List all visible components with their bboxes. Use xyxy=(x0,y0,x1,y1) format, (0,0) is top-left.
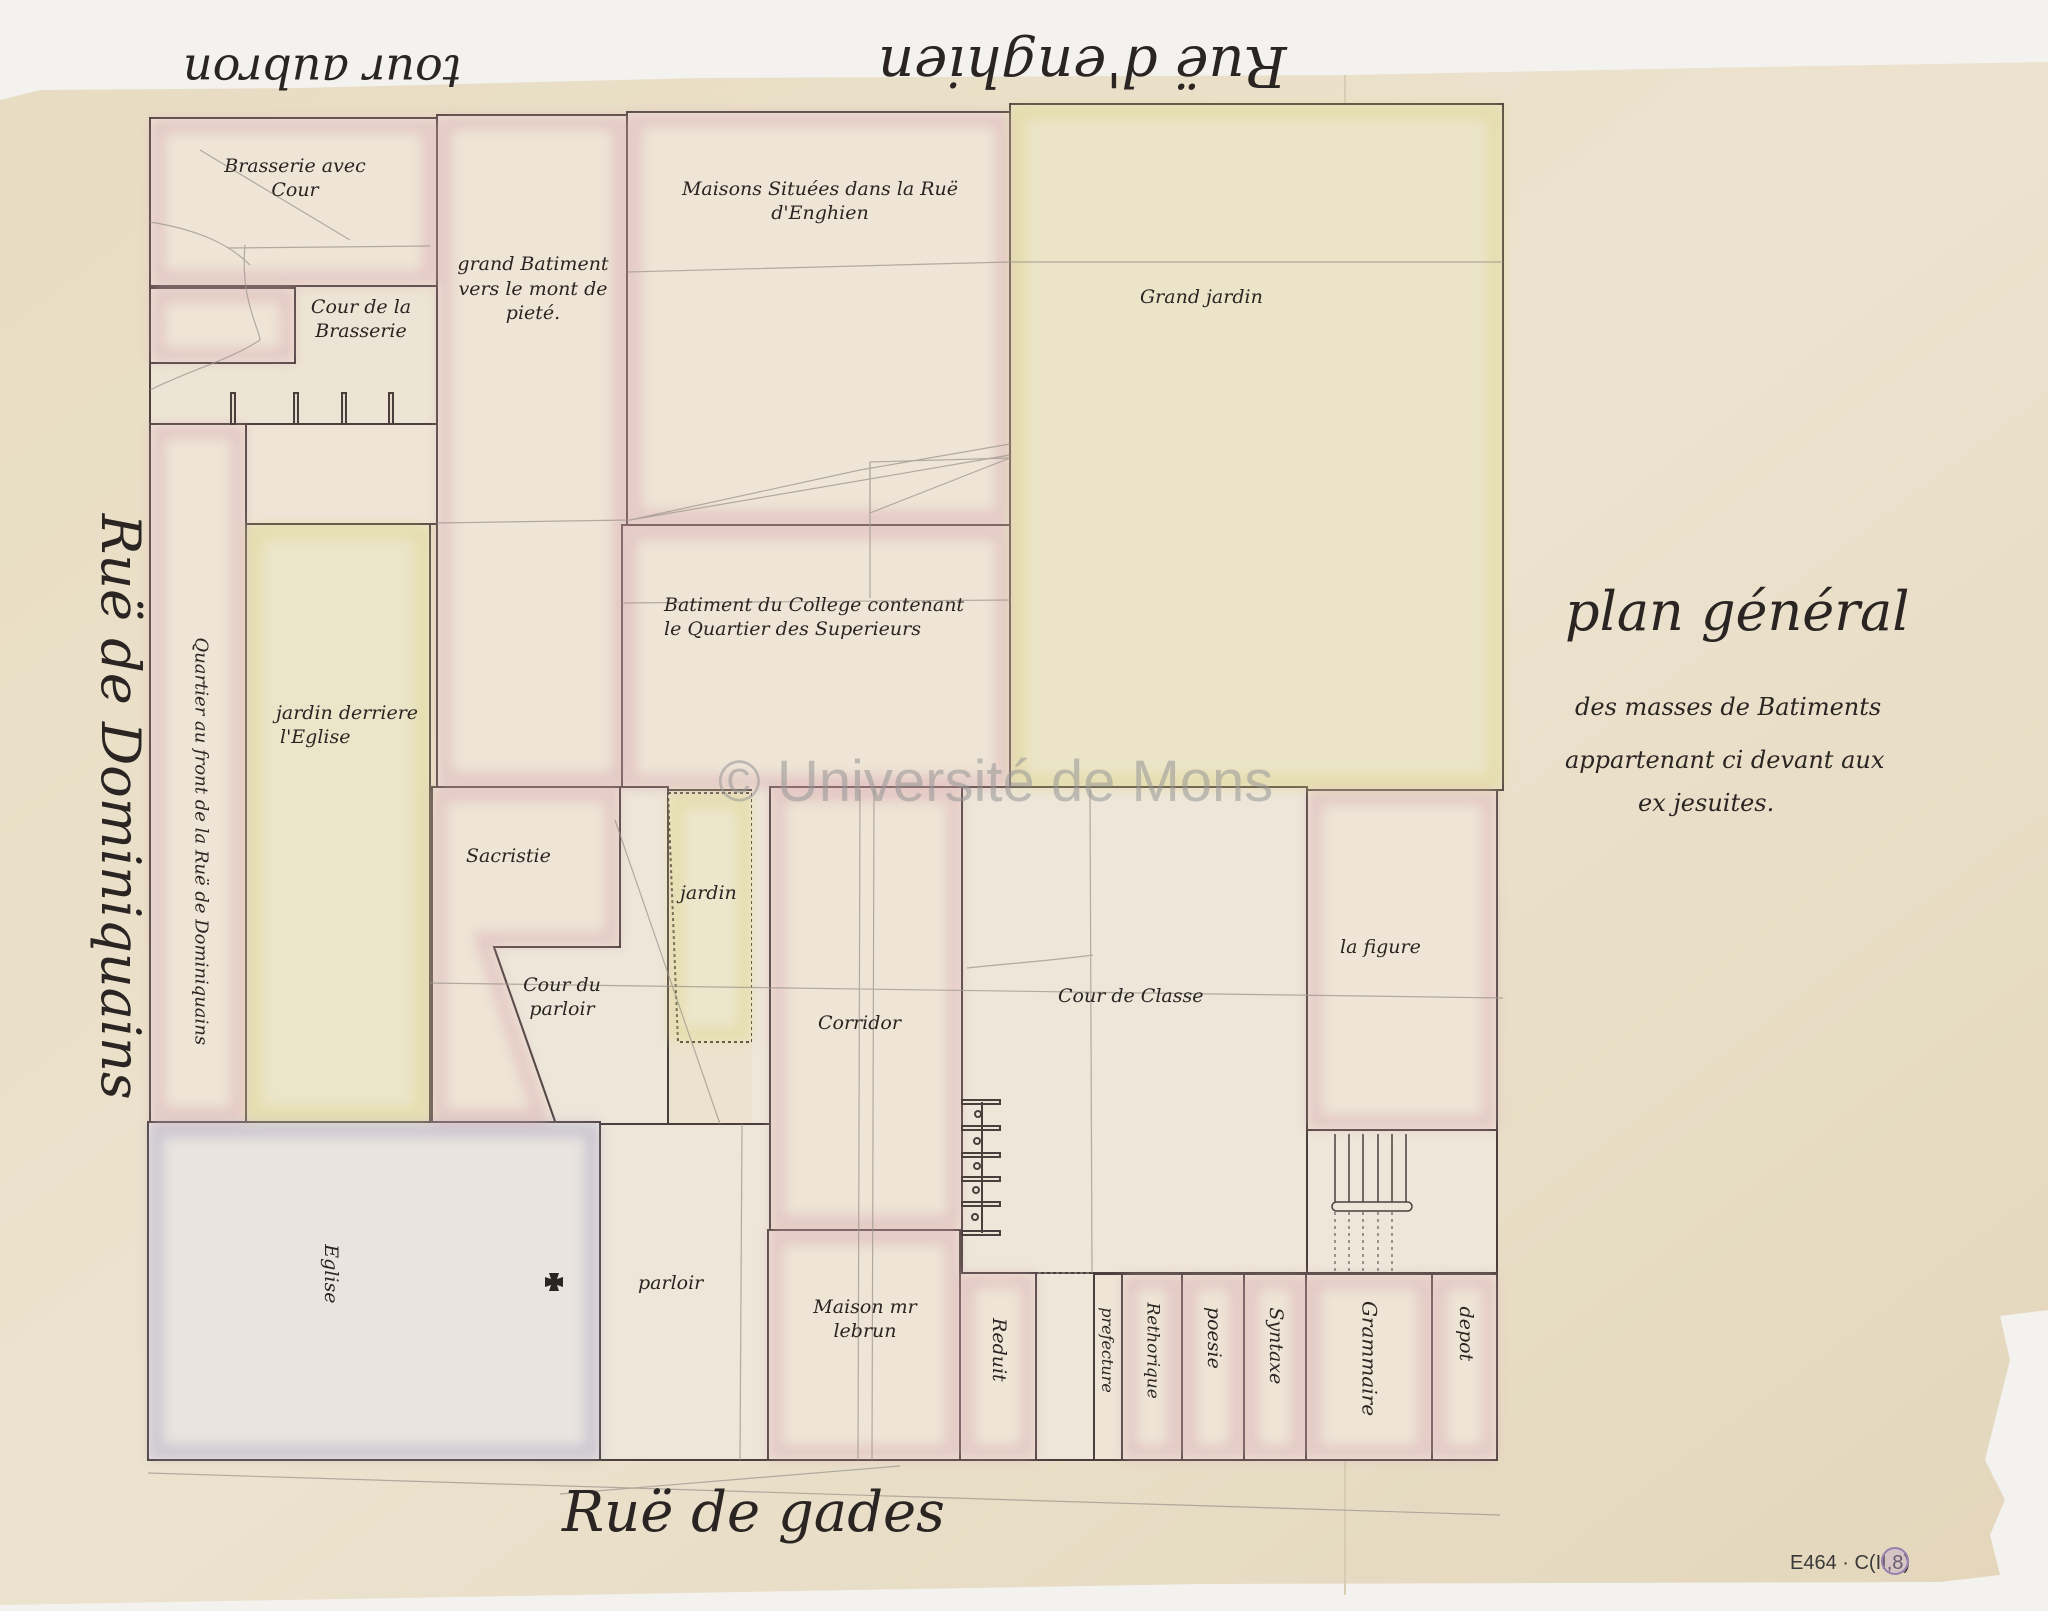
room-maison-lebrun xyxy=(768,1230,960,1460)
room-label-quartier-front: Quartier au front de la Ruë de Dominiqua… xyxy=(189,621,212,1061)
room-label-line: Maison mr xyxy=(780,1296,950,1320)
room-label-cour-parloir: Cour du parloir xyxy=(512,974,612,1022)
room-label-prefecture: prefecture xyxy=(1097,1295,1117,1405)
room-label-rethorique: Rethorique xyxy=(1141,1291,1162,1411)
room-grand-jardin xyxy=(1010,104,1503,790)
room-label-line: Maisons Situées dans la Ruë xyxy=(660,178,980,202)
room-label-parloir: parloir xyxy=(638,1272,703,1296)
room-grand-batiment xyxy=(437,115,627,787)
room-label-jardin: jardin xyxy=(680,882,737,906)
street-label-rue-dominiquains: Ruë de Dominiquains xyxy=(86,514,154,994)
room-label-jardin-eglise: jardin derriere l'Eglise xyxy=(276,702,418,750)
room-label-grammaire: Grammaire xyxy=(1357,1299,1382,1419)
room-label-line: l'Eglise xyxy=(276,726,418,750)
strip-above-jardin xyxy=(246,424,437,524)
room-label-sacristie: Sacristie xyxy=(466,845,551,869)
room-label-eglise: Eglise xyxy=(318,1214,342,1334)
street-label-tour-aubron: tour aubron xyxy=(183,42,461,100)
street-label-rue-de-gades: Ruë de gades xyxy=(562,1478,945,1548)
room-corridor xyxy=(770,787,962,1230)
copyright-watermark: © Université de Mons xyxy=(718,748,1273,815)
room-label-line: pieté. xyxy=(440,301,626,326)
room-label-line: Brasserie avec xyxy=(195,155,395,179)
room-jardin-eglise xyxy=(246,524,430,1122)
room-eglise xyxy=(148,1122,600,1460)
room-label-line: grand Batiment xyxy=(440,252,626,277)
room-label-batiment-college: Batiment du College contenant le Quartie… xyxy=(664,594,964,642)
room-maisons-enghien xyxy=(627,112,1010,525)
passage xyxy=(1036,1273,1094,1460)
room-label-brasserie: Brasserie avec Cour xyxy=(195,155,395,203)
room-label-reduit: Reduit xyxy=(986,1300,1010,1400)
room-label-corridor: Corridor xyxy=(818,1012,901,1036)
room-label-line: parloir xyxy=(512,998,612,1022)
room-label-la-figure: la figure xyxy=(1340,936,1421,960)
room-label-line: Brasserie xyxy=(296,320,426,344)
map-subtitle-line-3: ex jesuites. xyxy=(1638,788,1774,818)
library-stamp-icon xyxy=(1881,1547,1909,1575)
room-label-line: Cour de la xyxy=(296,296,426,320)
room-label-cour-brasserie: Cour de la Brasserie xyxy=(296,296,426,344)
room-label-line: le Quartier des Superieurs xyxy=(664,618,964,642)
room-label-grand-jardin: Grand jardin xyxy=(1140,286,1263,310)
room-label-line: Cour du xyxy=(512,974,612,998)
room-label-line: d'Enghien xyxy=(660,202,980,226)
room-la-figure xyxy=(1307,790,1497,1130)
room-label-line: Batiment du College contenant xyxy=(664,594,964,618)
street-label-rue-enghien: Ruë d'enghien xyxy=(878,30,1287,100)
room-cour-classe xyxy=(962,787,1307,1273)
room-label-line: vers le mont de xyxy=(440,277,626,302)
map-subtitle-line-2: appartenant ci devant aux xyxy=(1565,745,1884,775)
room-label-depot: depot xyxy=(1453,1284,1477,1384)
room-label-cour-classe: Cour de Classe xyxy=(1058,985,1203,1009)
room-label-line: jardin derriere xyxy=(276,702,418,726)
room-label-line: lebrun xyxy=(780,1320,950,1344)
map-sheet: tour aubron Ruë d'enghien Ruë de Dominiq… xyxy=(0,0,2048,1611)
room-label-maisons-enghien: Maisons Situées dans la Ruë d'Enghien xyxy=(660,178,980,226)
map-title: plan général xyxy=(1565,578,1910,646)
room-label-line: Cour xyxy=(195,179,395,203)
map-subtitle-line-1: des masses de Batiments xyxy=(1575,692,1881,722)
room-label-poesie: poesie xyxy=(1201,1288,1225,1388)
room-label-syntaxe: Syntaxe xyxy=(1263,1296,1287,1396)
room-label-grand-batiment: grand Batiment vers le mont de pieté. xyxy=(440,252,626,326)
room-label-maison-lebrun: Maison mr lebrun xyxy=(780,1296,950,1344)
